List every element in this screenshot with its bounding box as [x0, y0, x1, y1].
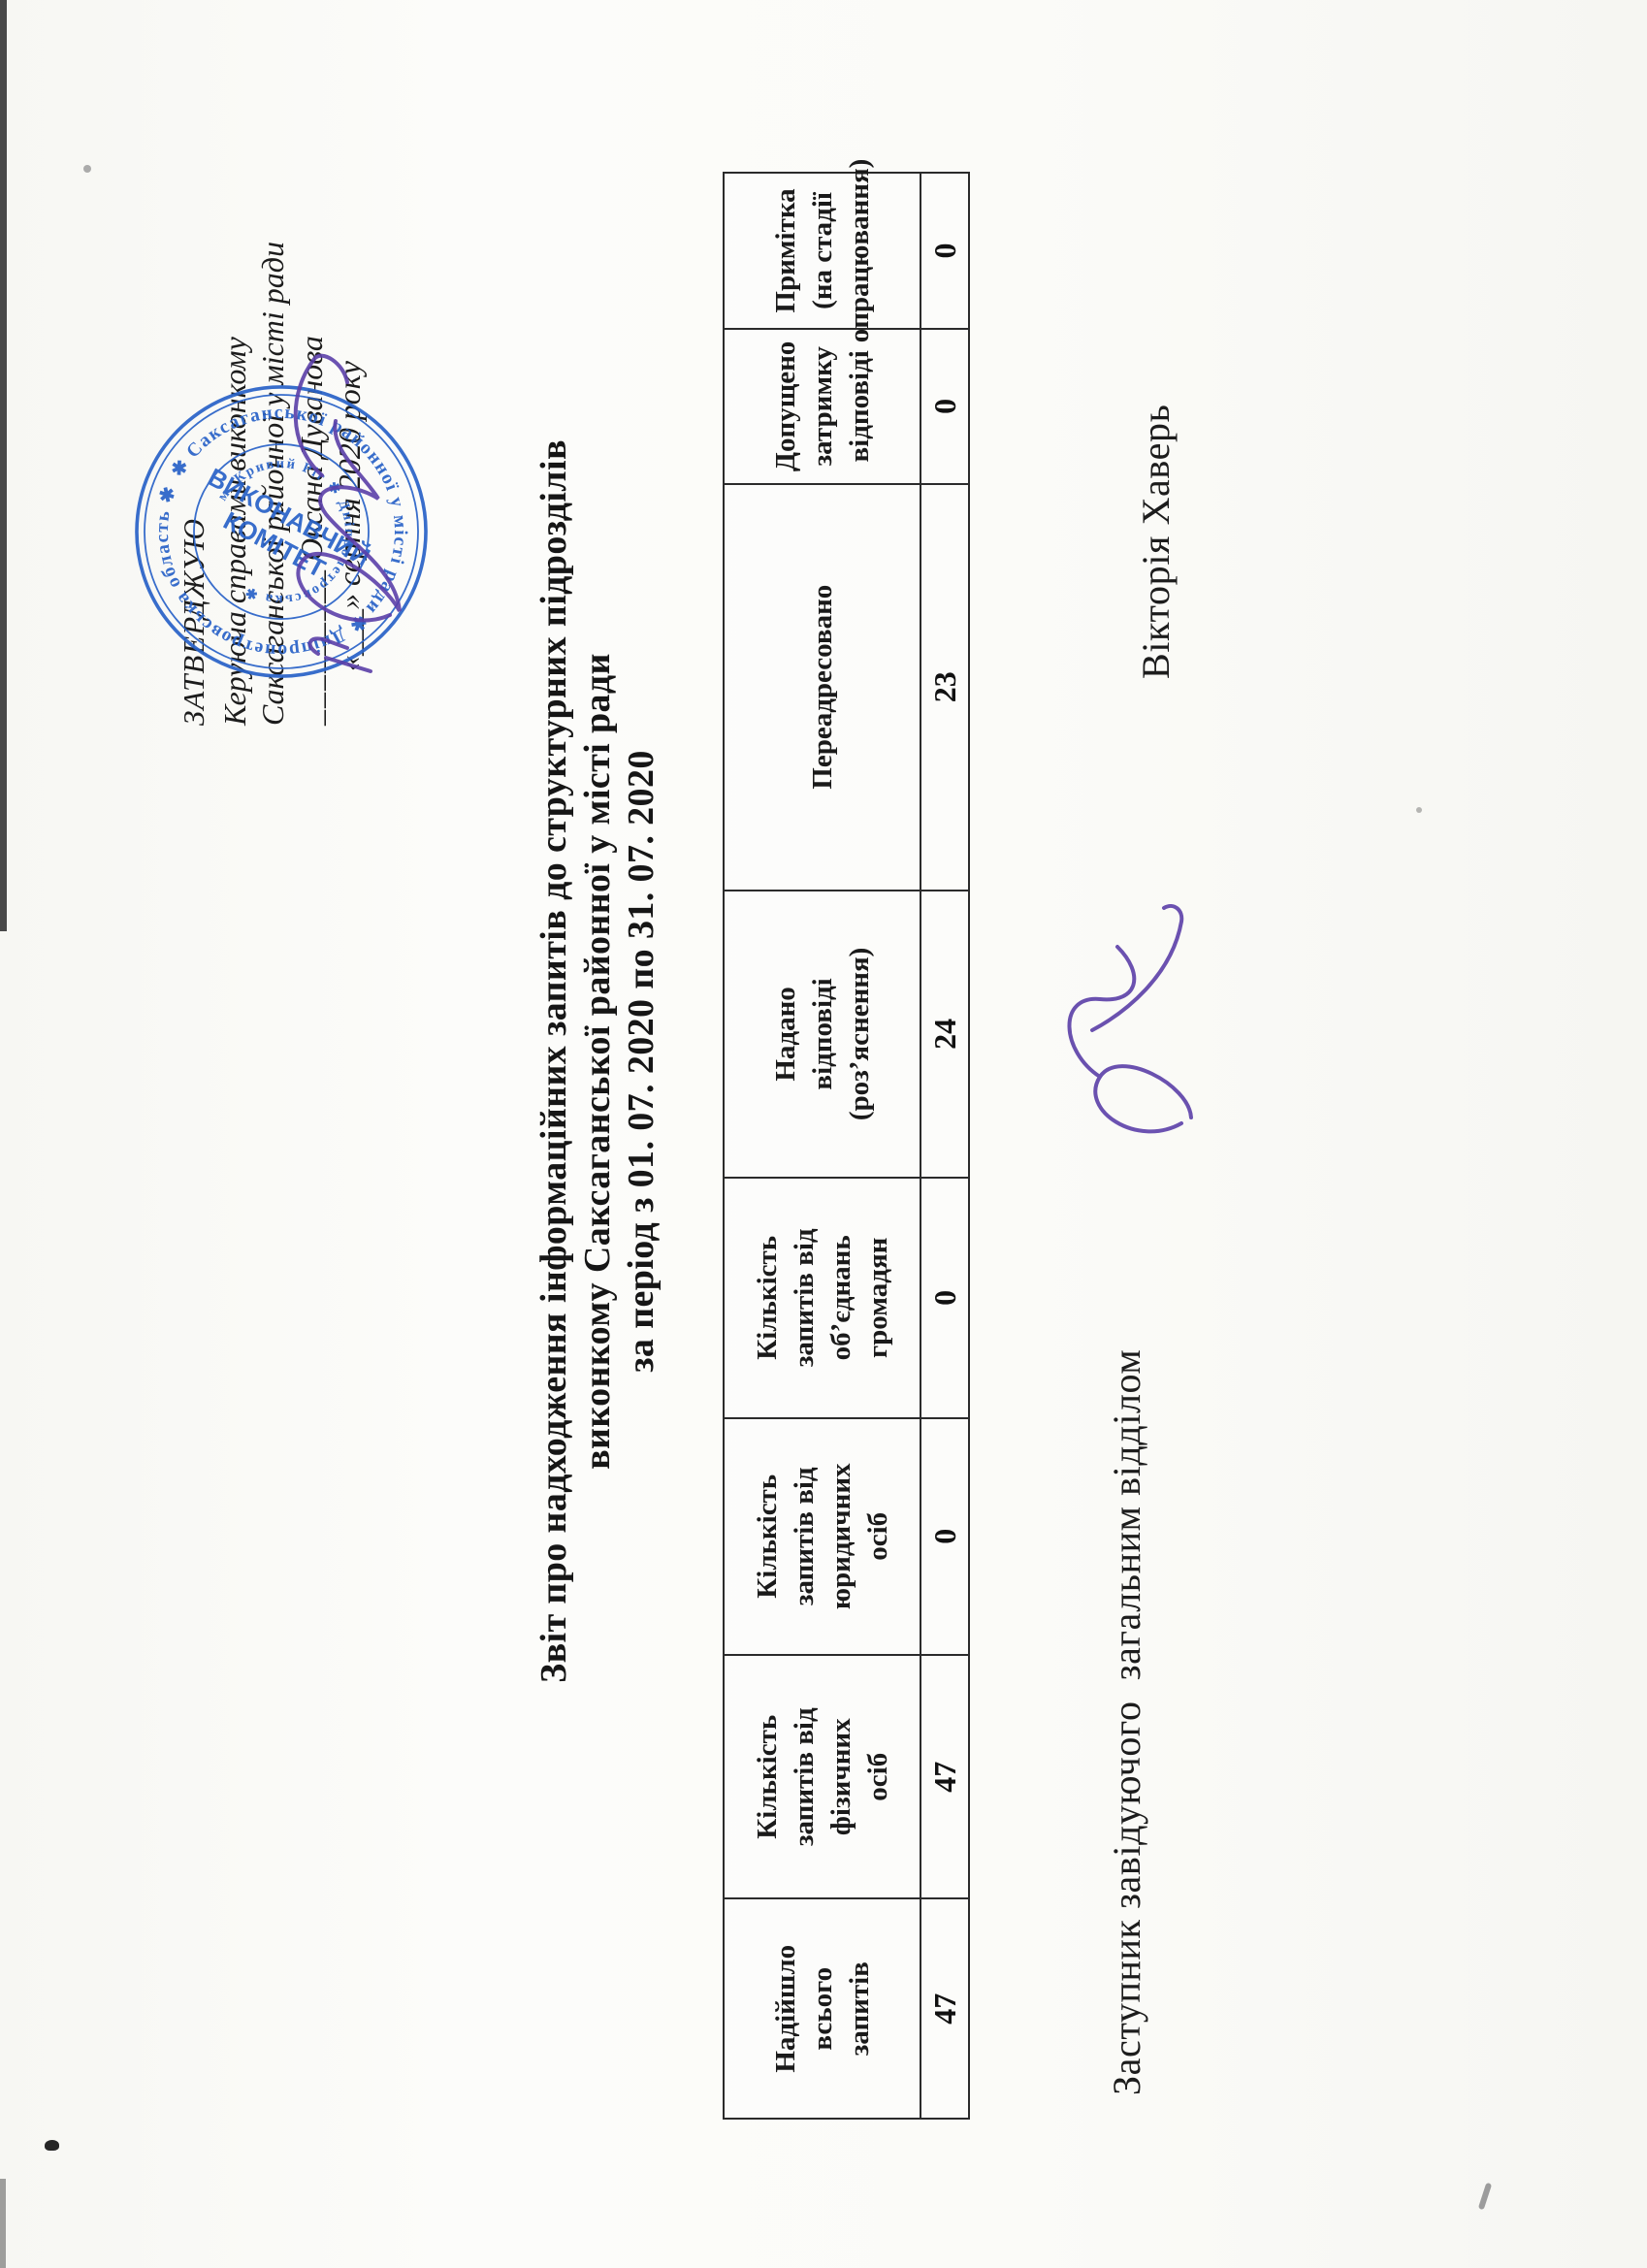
scan-speck	[1478, 2183, 1492, 2210]
table-column-header: Кількістьзапитів відоб’єднаньгромадян	[725, 1179, 920, 1416]
table-column-header: Кількістьзапитів відфізичнихосіб	[725, 1656, 920, 1897]
scan-speck	[1416, 807, 1422, 813]
header-line: затримку	[804, 346, 841, 466]
header-line: (на стадії	[804, 192, 841, 309]
table-column-0: Надійшловсьогозапитів47	[725, 1899, 968, 2118]
header-line: Надано	[767, 987, 804, 1081]
table-column-5: Переадресовано23	[725, 485, 968, 891]
table-cell-value: 24	[920, 891, 968, 1177]
scan-edge-shadow-corner	[0, 2179, 6, 2268]
title-line-2: виконкому Саксаганської районної у місті…	[576, 87, 620, 2035]
header-line: всього	[804, 1967, 841, 2051]
scanned-report-page: ЗАТВЕРДЖУЮ Керуюча справами виконкому Са…	[0, 0, 1647, 2268]
table-column-header: Надійшловсьогозапитів	[725, 1899, 920, 2118]
scan-speck	[45, 2140, 59, 2151]
header-line: Кількість	[749, 1715, 786, 1839]
scan-speck	[83, 165, 91, 173]
header-line: запитів	[841, 1961, 878, 2056]
table-column-1: Кількістьзапитів відфізичнихосіб47	[725, 1656, 968, 1899]
header-line: Кількість	[749, 1474, 786, 1599]
table-column-header: Кількістьзапитів відюридичнихосіб	[725, 1419, 920, 1654]
approver-handwritten-signature	[254, 316, 438, 704]
document-title: Звіт про надходження інформаційних запит…	[533, 87, 663, 2035]
header-line: запитів від	[786, 1467, 823, 1605]
table-cell-value: 47	[920, 1656, 968, 1897]
signoff-name: Вікторія Хаверь	[1133, 405, 1179, 679]
title-line-3: за період з 01. 07. 2020 по 31. 07. 2020	[620, 87, 663, 2035]
header-line: відповіді	[841, 350, 878, 462]
header-line: запитів від	[786, 1707, 823, 1846]
table-cell-value: 0	[920, 174, 968, 328]
table-column-header: Надановідповіді(роз’яснення)	[725, 891, 920, 1177]
header-line: Примітка	[767, 188, 804, 312]
header-line: відповіді	[804, 978, 841, 1089]
table-cell-value: 0	[920, 1179, 968, 1416]
header-line: юридичних	[823, 1463, 859, 1609]
header-line: осіб	[859, 1512, 896, 1561]
header-line: Надійшло	[767, 1945, 804, 2073]
header-line: Допущено	[767, 341, 804, 471]
header-line: осіб	[859, 1753, 896, 1801]
signoff-role: Заступник завідуючого загальним відділом	[1104, 1349, 1149, 2095]
report-table: Надійшловсьогозапитів47Кількістьзапитів …	[723, 172, 970, 2120]
table-column-6: Допущенозатримкувідповіді0	[725, 330, 968, 485]
header-line: Кількість	[749, 1236, 786, 1360]
header-line: громадян	[859, 1238, 896, 1358]
scan-edge-shadow	[0, 0, 7, 931]
header-line: фізичних	[823, 1718, 859, 1835]
header-line: об’єднань	[823, 1235, 859, 1360]
header-line: запитів від	[786, 1228, 823, 1367]
table-column-2: Кількістьзапитів відюридичнихосіб0	[725, 1419, 968, 1656]
header-line: (роз’яснення)	[841, 948, 878, 1121]
table-column-7: Примітка(на стадіїопрацювання)0	[725, 174, 968, 330]
table-cell-value: 0	[920, 330, 968, 483]
table-cell-value: 47	[920, 1899, 968, 2118]
document-landscape-canvas: ЗАТВЕРДЖУЮ Керуюча справами виконкому Са…	[0, 0, 1647, 2268]
table-column-header: Примітка(на стадіїопрацювання)	[725, 174, 920, 328]
title-line-1: Звіт про надходження інформаційних запит…	[533, 87, 576, 2035]
table-column-4: Надановідповіді(роз’яснення)24	[725, 891, 968, 1179]
table-column-header: Допущенозатримкувідповіді	[725, 330, 920, 483]
header-line: опрацювання)	[841, 159, 878, 343]
header-line: Переадресовано	[804, 585, 841, 790]
table-cell-value: 0	[920, 1419, 968, 1654]
table-column-3: Кількістьзапитів відоб’єднаньгромадян0	[725, 1179, 968, 1418]
clerk-handwritten-signature	[1036, 875, 1225, 1166]
table-cell-value: 23	[920, 485, 968, 890]
table-column-header: Переадресовано	[725, 485, 920, 890]
